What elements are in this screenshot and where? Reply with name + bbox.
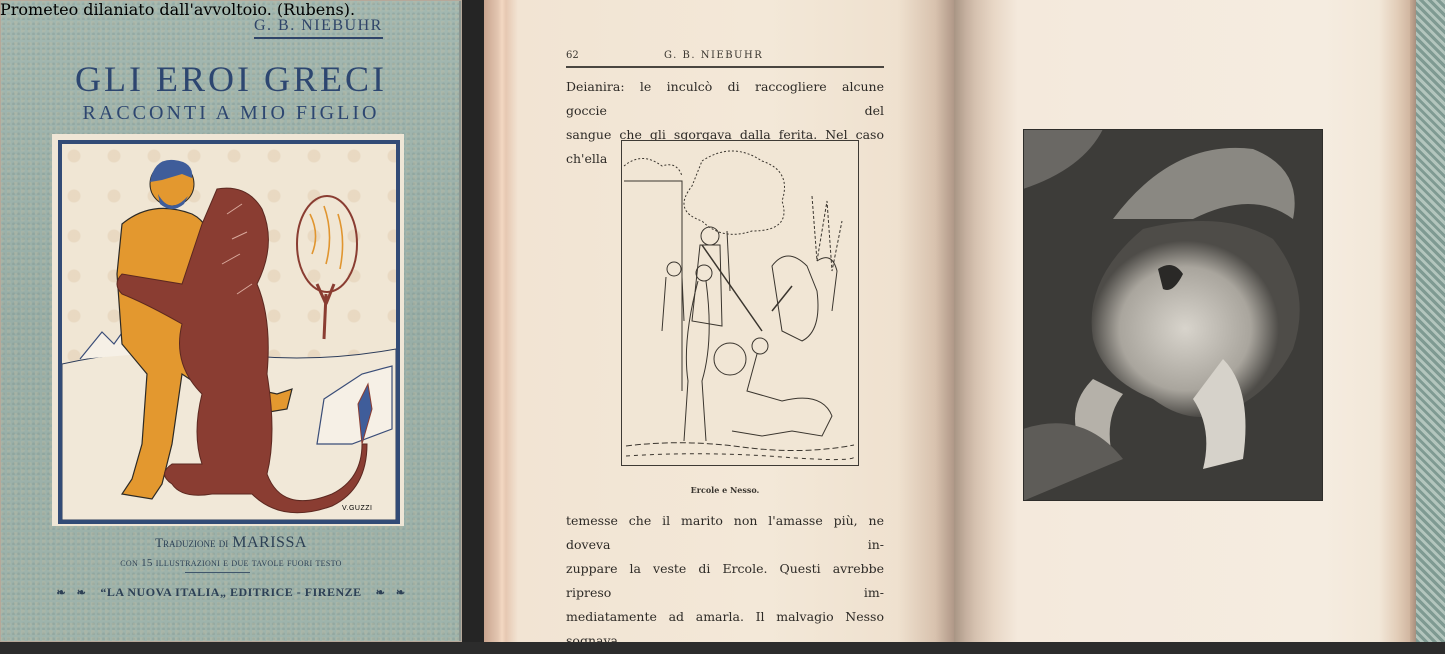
prometheus-halftone-icon — [1023, 129, 1323, 501]
cover-rule — [185, 572, 250, 573]
translator-name: MARISSA — [232, 534, 307, 551]
hercules-lion-illustration-icon: V.GUZZI — [62, 144, 396, 520]
cover-illustration: V.GUZZI — [58, 140, 400, 524]
book-cover: G. B. NIEBUHR GLI EROI GRECI RACCONTI A … — [0, 0, 462, 642]
paragraph-bottom: temesse che il marito non l'amasse più, … — [566, 509, 884, 653]
engraving-illustration-icon — [622, 141, 858, 465]
running-head: G. B. NIEBUHR — [664, 50, 763, 61]
translation-label: Traduzione di — [155, 535, 228, 550]
background-gap — [462, 0, 484, 654]
publisher-line: ❧ ❧ “LA NUOVA ITALIA„ EDITRICE - FIRENZE… — [0, 585, 462, 600]
fleuron-icon: ❧ — [56, 587, 66, 599]
text-line: Deianira: le inculcò di raccogliere alcu… — [566, 75, 884, 123]
illustrator-signature: V.GUZZI — [342, 505, 372, 512]
cover-author: G. B. NIEBUHR — [254, 17, 383, 39]
publisher-name: “LA NUOVA ITALIA„ EDITRICE - FIRENZE — [100, 585, 361, 599]
book-board-edge — [1416, 0, 1445, 642]
fleuron-icon: ❧ — [396, 587, 406, 599]
illustrations-note: con 15 illustrazioni e due tavole fuori … — [0, 557, 462, 569]
plate-caption-vertical: Prometeo dilaniato dall'avvoltoio. (Rube… — [0, 0, 355, 19]
cover-credit: Traduzione di MARISSA — [0, 534, 462, 552]
fleuron-icon: ❧ — [376, 587, 386, 599]
cover-title: GLI EROI GRECI — [0, 58, 462, 100]
fleuron-icon: ❧ — [77, 587, 87, 599]
engraving-ercole-nesso — [621, 140, 859, 466]
text-line: temesse che il marito non l'amasse più, … — [566, 509, 884, 557]
text-line: zuppare la veste di Ercole. Questi avreb… — [566, 557, 884, 605]
plate-page — [954, 0, 1416, 642]
header-rule — [566, 66, 884, 68]
background-bottom — [0, 642, 1445, 654]
page-62: 62 G. B. NIEBUHR Deianira: le inculcò di… — [484, 0, 954, 642]
engraving-caption: Ercole e Nesso. — [566, 485, 884, 495]
cover-subtitle: RACCONTI A MIO FIGLIO — [0, 102, 462, 125]
prometheus-plate — [1023, 129, 1323, 501]
page-number: 62 — [566, 50, 579, 61]
